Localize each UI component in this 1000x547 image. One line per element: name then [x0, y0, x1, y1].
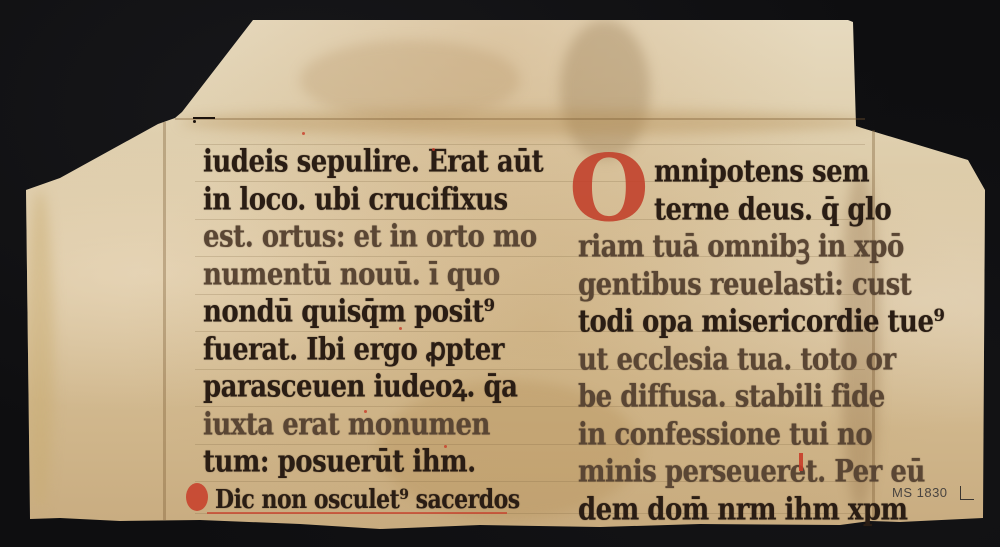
right-text-column: mnipotens sem terne deus. q̄ glo riam tu…	[578, 154, 868, 529]
left-text-column: iudeis sepulire. Erat aūt in loco. ubi c…	[203, 144, 533, 519]
top-fold-line	[175, 118, 865, 120]
stain-fold-band	[180, 110, 870, 135]
rubric-dot	[432, 148, 435, 151]
shelfmark-tick	[960, 499, 974, 500]
ink-mark	[193, 120, 196, 123]
rubric-stroke-p	[799, 453, 803, 471]
text-line: Dic non osculet⁹ sacerdos	[203, 478, 533, 522]
stain-top-left	[300, 40, 520, 120]
rubric-initial-d	[186, 483, 208, 511]
shelfmark-label: MS 1830	[892, 485, 948, 500]
rubric-underline	[207, 512, 507, 514]
rubric-dot	[364, 410, 367, 413]
stain-left-flap	[26, 190, 54, 510]
text-line: dem dom̄ nrm ihm xpm	[578, 488, 868, 532]
left-fold-line	[163, 122, 166, 520]
shelfmark-tick	[960, 486, 961, 500]
rubric-dot	[444, 445, 447, 448]
rubric-dot	[399, 327, 402, 330]
ink-mark	[193, 117, 215, 119]
rubric-dot	[302, 132, 305, 135]
